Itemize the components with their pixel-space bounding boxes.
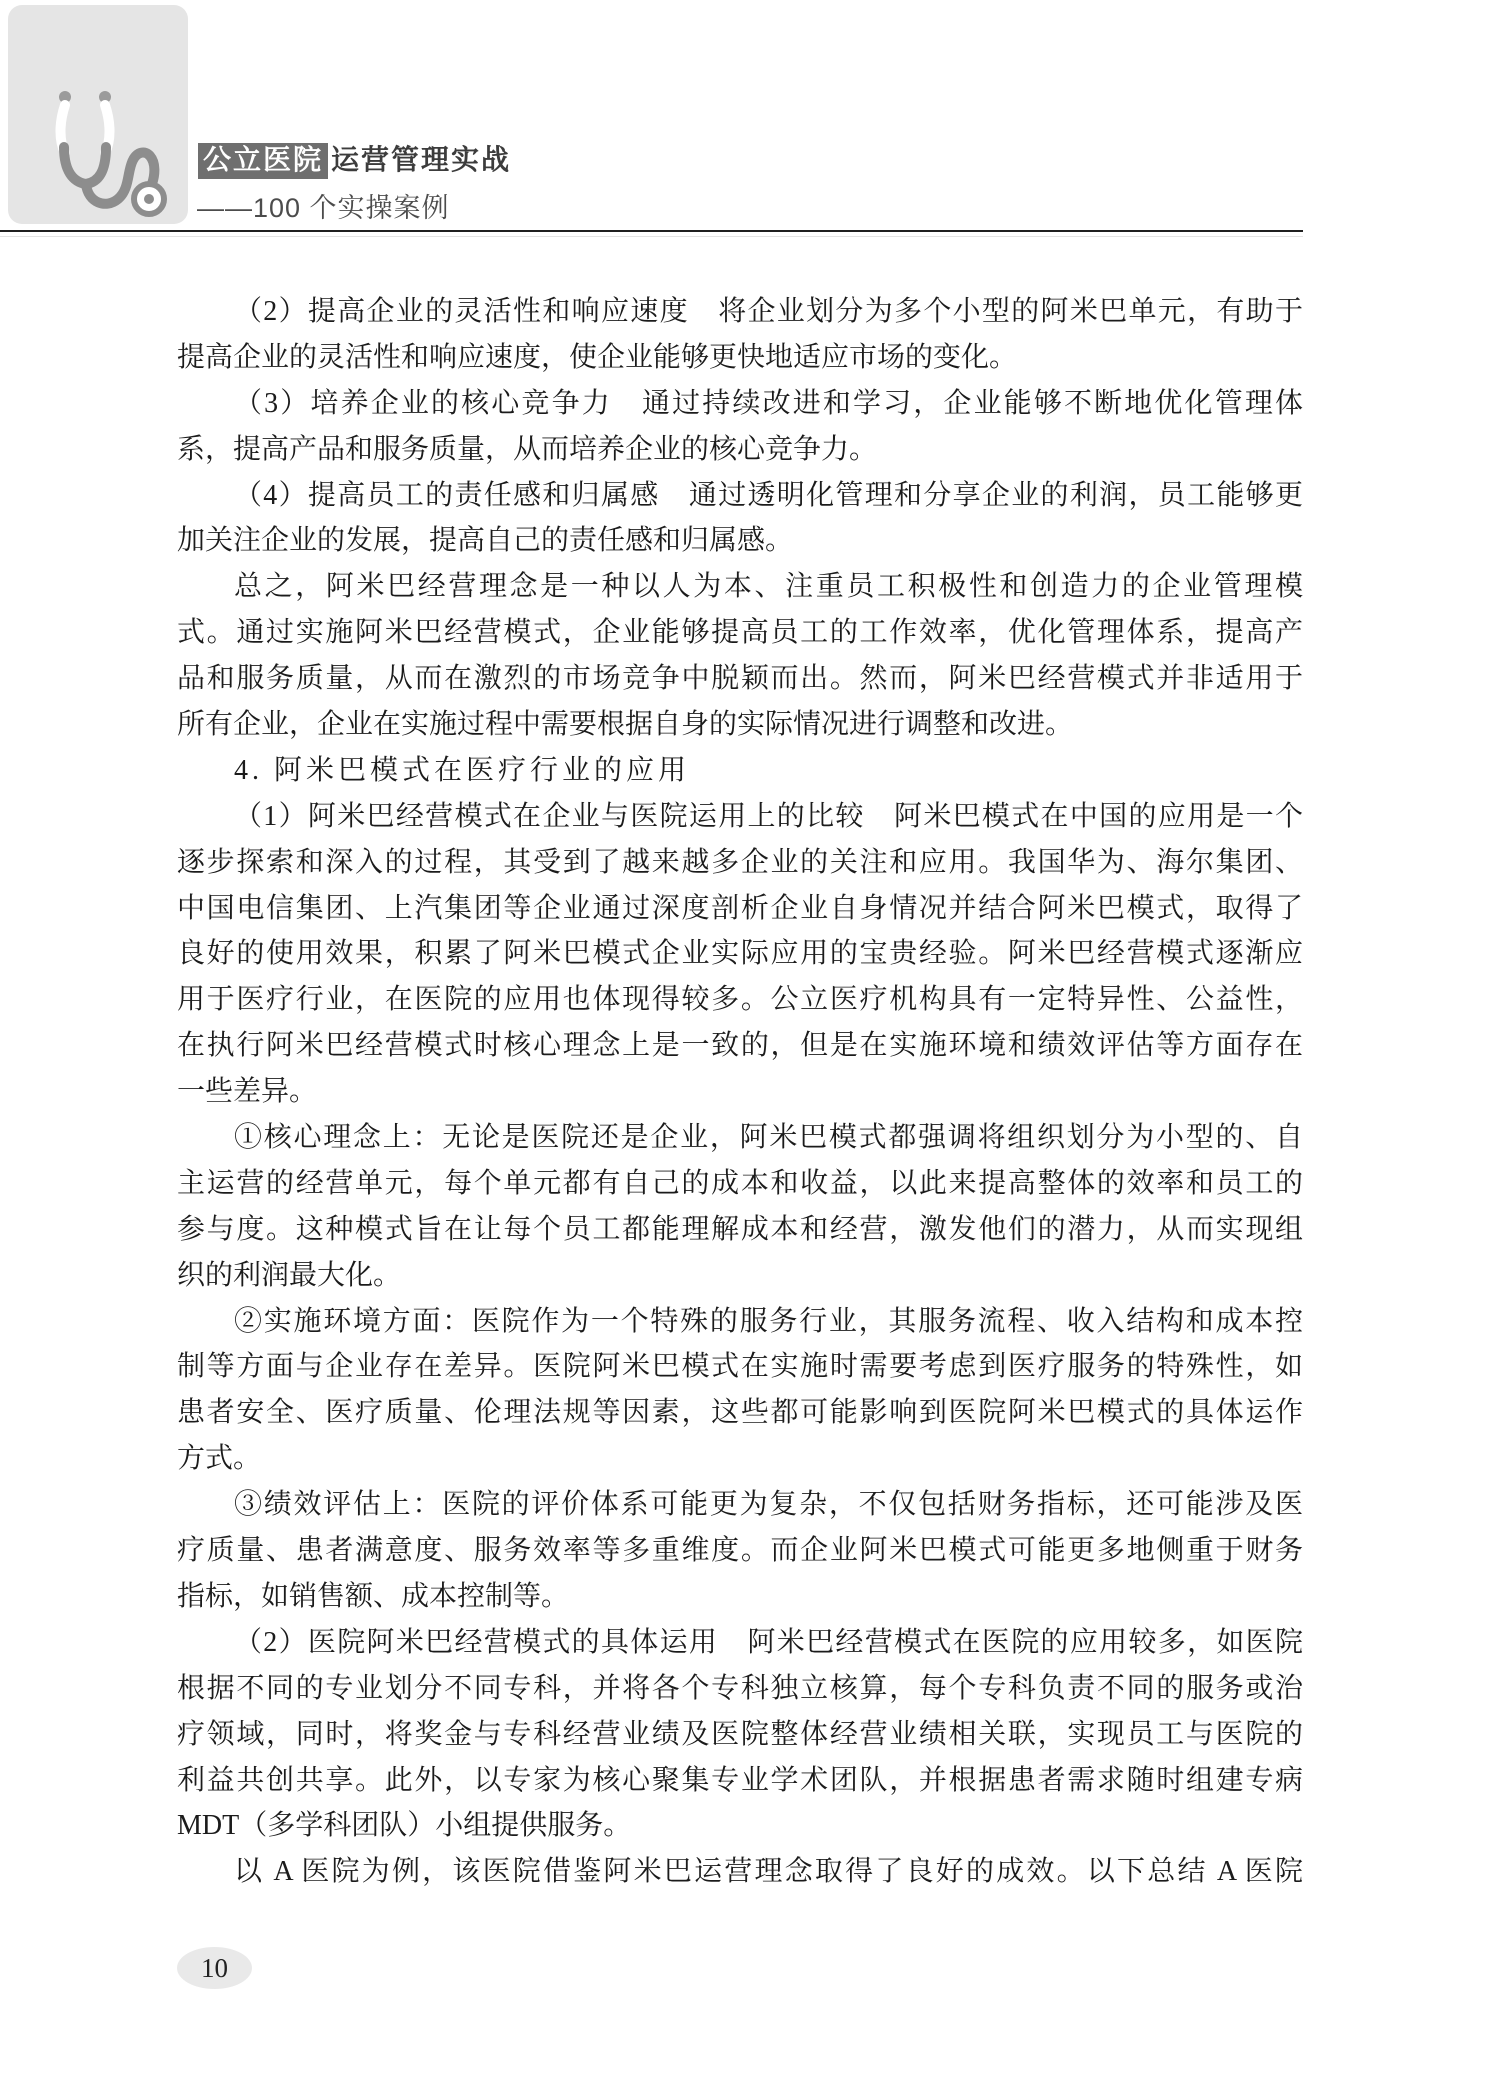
text-line: （2）医院阿米巴经营模式的具体运用 阿米巴经营模式在医院的应用较多，如医院	[177, 1620, 1303, 1666]
text-line: 式。通过实施阿米巴经营模式，企业能够提高员工的工作效率，优化管理体系，提高产	[177, 610, 1303, 656]
text-line: 总之，阿米巴经营理念是一种以人为本、注重员工积极性和创造力的企业管理模	[177, 564, 1303, 610]
section-heading: 4. 阿米巴模式在医疗行业的应用	[177, 748, 1303, 794]
text-line: 品和服务质量，从而在激烈的市场竞争中脱颖而出。然而，阿米巴经营模式并非适用于	[177, 656, 1303, 702]
text-line: 根据不同的专业划分不同专科，并将各个专科独立核算，每个专科负责不同的服务或治	[177, 1666, 1303, 1712]
text-line: 制等方面与企业存在差异。医院阿米巴模式在实施时需要考虑到医疗服务的特殊性，如	[177, 1344, 1303, 1390]
text-line: 主运营的经营单元，每个单元都有自己的成本和收益，以此来提高整体的效率和员工的	[177, 1161, 1303, 1207]
text-line: 逐步探索和深入的过程，其受到了越来越多企业的关注和应用。我国华为、海尔集团、	[177, 840, 1303, 886]
text-line: 指标，如销售额、成本控制等。	[177, 1574, 1303, 1620]
book-subtitle: ——100 个实操案例	[197, 186, 450, 225]
text-line: MDT（多学科团队）小组提供服务。	[177, 1803, 1303, 1849]
page-number-badge: 10	[177, 1947, 252, 1989]
text-line: 中国电信集团、上汽集团等企业通过深度剖析企业自身情况并结合阿米巴模式，取得了	[177, 886, 1303, 932]
text-line: 以 A 医院为例，该医院借鉴阿米巴运营理念取得了良好的成效。以下总结 A 医院	[177, 1849, 1303, 1895]
text-line: ③绩效评估上：医院的评价体系可能更为复杂，不仅包括财务指标，还可能涉及医	[177, 1482, 1303, 1528]
logo-box	[8, 5, 188, 224]
text-line: 加关注企业的发展，提高自己的责任感和归属感。	[177, 518, 1303, 564]
text-line: ②实施环境方面：医院作为一个特殊的服务行业，其服务流程、收入结构和成本控	[177, 1299, 1303, 1345]
text-line: （2）提高企业的灵活性和响应速度 将企业划分为多个小型的阿米巴单元，有助于	[177, 289, 1303, 335]
text-line: 一些差异。	[177, 1069, 1303, 1115]
page-number: 10	[201, 1953, 228, 1983]
book-title: 公立医院运营管理实战	[198, 143, 511, 179]
text-line: （3）培养企业的核心竞争力 通过持续改进和学习，企业能够不断地优化管理体	[177, 381, 1303, 427]
text-line: 参与度。这种模式旨在让每个员工都能理解成本和经营，激发他们的潜力，从而实现组	[177, 1207, 1303, 1253]
text-column: （2）提高企业的灵活性和响应速度 将企业划分为多个小型的阿米巴单元，有助于提高企…	[177, 289, 1303, 1895]
text-line: （4）提高员工的责任感和归属感 通过透明化管理和分享企业的利润，员工能够更	[177, 473, 1303, 519]
text-line: 用于医疗行业，在医院的应用也体现得较多。公立医疗机构具有一定特异性、公益性，	[177, 977, 1303, 1023]
text-line: （1）阿米巴经营模式在企业与医院运用上的比较 阿米巴模式在中国的应用是一个	[177, 794, 1303, 840]
text-line: 系，提高产品和服务质量，从而培养企业的核心竞争力。	[177, 427, 1303, 473]
text-line: 织的利润最大化。	[177, 1253, 1303, 1299]
header-rule-shadow	[0, 236, 1303, 237]
title-text: 运营管理实战	[331, 144, 511, 175]
text-line: 方式。	[177, 1436, 1303, 1482]
text-line: 良好的使用效果，积累了阿米巴模式企业实际应用的宝贵经验。阿米巴经营模式逐渐应	[177, 931, 1303, 977]
text-line: ①核心理念上：无论是医院还是企业，阿米巴模式都强调将组织划分为小型的、自	[177, 1115, 1303, 1161]
text-line: 疗质量、患者满意度、服务效率等多重维度。而企业阿米巴模式可能更多地侧重于财务	[177, 1528, 1303, 1574]
text-line: 患者安全、医疗质量、伦理法规等因素，这些都可能影响到医院阿米巴模式的具体运作	[177, 1390, 1303, 1436]
title-badge: 公立医院	[198, 143, 328, 179]
text-line: 在执行阿米巴经营模式时核心理念上是一致的，但是在实施环境和绩效评估等方面存在	[177, 1023, 1303, 1069]
stethoscope-icon	[8, 5, 188, 224]
text-line: 疗领域，同时，将奖金与专科经营业绩及医院整体经营业绩相关联，实现员工与医院的	[177, 1712, 1303, 1758]
book-page: 公立医院运营管理实战 ——100 个实操案例 （2）提高企业的灵活性和响应速度 …	[0, 0, 1504, 2095]
text-line: 提高企业的灵活性和响应速度，使企业能够更快地适应市场的变化。	[177, 335, 1303, 381]
header-rule	[0, 230, 1303, 232]
text-line: 利益共创共享。此外，以专家为核心聚集专业学术团队，并根据患者需求随时组建专病	[177, 1758, 1303, 1804]
text-line: 所有企业，企业在实施过程中需要根据自身的实际情况进行调整和改进。	[177, 702, 1303, 748]
